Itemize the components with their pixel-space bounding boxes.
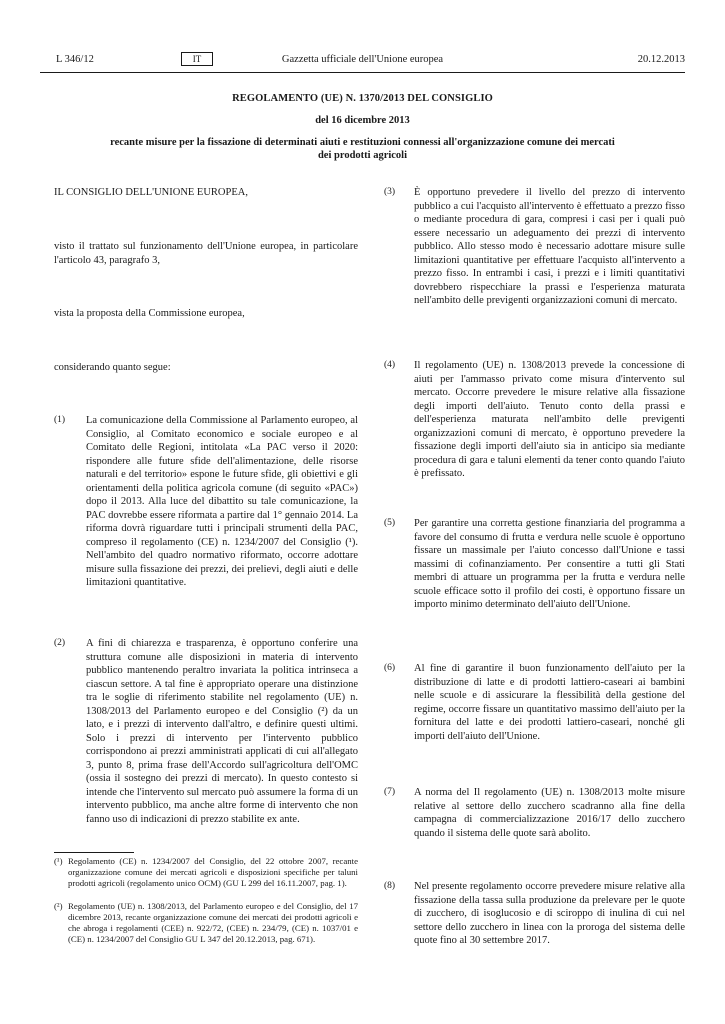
recital-number: (7) — [384, 786, 395, 800]
recital-text: Il regolamento (UE) n. 1308/2013 prevede… — [414, 359, 685, 481]
recital-number: (3) — [384, 186, 395, 200]
footnote-text: Regolamento (UE) n. 1308/2013, del Parla… — [68, 901, 358, 945]
recital-text: La comunicazione della Commissione al Pa… — [86, 414, 358, 590]
recital-number: (5) — [384, 517, 395, 531]
recital-number: (1) — [54, 414, 65, 428]
council-heading: IL CONSIGLIO DELL'UNIONE EUROPEA, — [54, 186, 358, 200]
footnote-text: Regolamento (CE) n. 1234/2007 del Consig… — [68, 856, 358, 889]
citation-treaty: visto il trattato sul funzionamento dell… — [54, 240, 358, 267]
recital-number: (6) — [384, 662, 395, 676]
recital-number: (8) — [384, 880, 395, 894]
recital-text: Al fine di garantire il buon funzionamen… — [414, 662, 685, 743]
footnote-divider — [54, 852, 134, 853]
recital-text: Per garantire una corretta gestione fina… — [414, 517, 685, 612]
regulation-title: REGOLAMENTO (UE) N. 1370/2013 DEL CONSIG… — [40, 93, 685, 162]
recital-text: A fini di chiarezza e trasparenza, è opp… — [86, 637, 358, 826]
recital-text: Nel presente regolamento occorre prevede… — [414, 880, 685, 948]
citation-proposal: vista la proposta della Commissione euro… — [54, 307, 358, 321]
recital-number: (4) — [384, 359, 395, 373]
journal-title: Gazzetta ufficiale dell'Unione europea — [40, 54, 685, 65]
recital-text: È opportuno prevedere il livello del pre… — [414, 186, 685, 308]
recital-number: (2) — [54, 637, 65, 651]
regulation-date: del 16 dicembre 2013 — [40, 115, 685, 126]
footnote-number: (¹) — [54, 856, 63, 867]
page-header: L 346/12 IT Gazzetta ufficiale dell'Unio… — [40, 50, 685, 74]
regulation-subject: recante misure per la fissazione di dete… — [40, 136, 685, 162]
header-divider — [40, 72, 685, 73]
recital-text: A norma del Il regolamento (UE) n. 1308/… — [414, 786, 685, 840]
footnote-number: (²) — [54, 901, 63, 912]
whereas-intro: considerando quanto segue: — [54, 361, 358, 375]
regulation-number: REGOLAMENTO (UE) N. 1370/2013 DEL CONSIG… — [40, 93, 685, 104]
publication-date: 20.12.2013 — [638, 54, 685, 65]
